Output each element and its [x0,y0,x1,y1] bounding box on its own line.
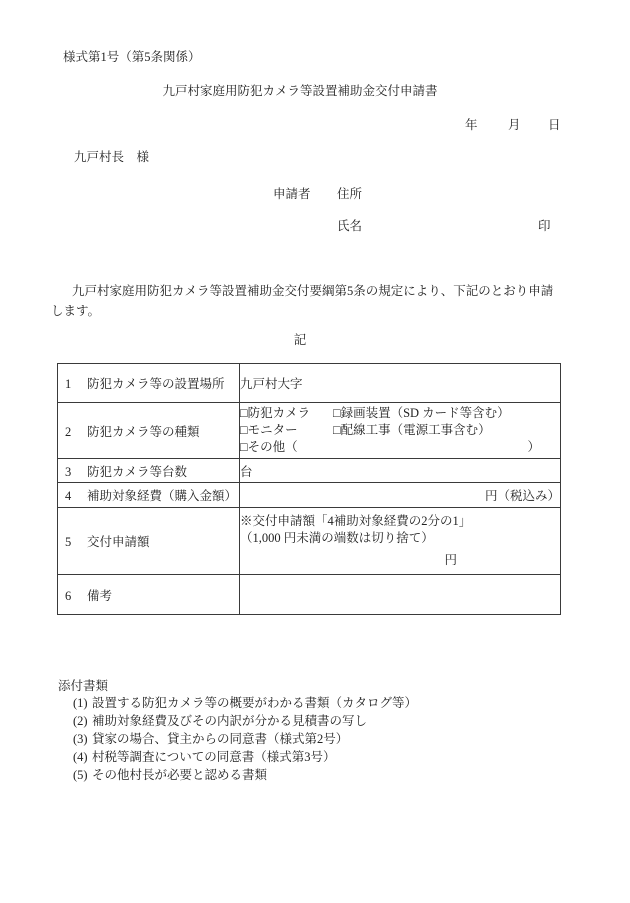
attachment-text: 村税等調査についての同意書（様式第3号） [92,750,336,764]
close-paren: ） [527,439,540,456]
grant-unit-label: 円 [240,552,560,569]
application-table: 1防犯カメラ等の設置場所 九戸村大字 2防犯カメラ等の種類 □防犯カメラ□録画装… [57,363,561,615]
row-label: 防犯カメラ等の種類 [87,425,200,439]
attachment-text: 貸家の場合、貸主からの同意書（様式第2号） [92,732,348,746]
checkbox-option: □モニター [240,422,333,439]
attachment-number: (3) [73,730,92,748]
remarks-value [240,575,561,615]
grant-note-line2: （1,000 円未満の端数は切り捨て） [240,530,560,547]
row-number: 4 [58,489,87,504]
seal-label: 印 [538,216,551,234]
row-number: 5 [58,535,87,550]
attachment-text: 設置する防犯カメラ等の概要がわかる書類（カタログ等） [92,696,417,710]
row-number: 1 [58,377,87,392]
table-row-location: 1防犯カメラ等の設置場所 九戸村大字 [58,364,561,403]
row-label: 補助対象経費（購入金額） [87,489,237,503]
table-row-count: 3防犯カメラ等台数 台 [58,459,561,483]
applicant-address-label: 住所 [337,184,362,202]
grant-note-line1: ※交付申請額「4補助対象経費の2分の1」 [240,513,560,530]
attachment-item: (1)設置する防犯カメラ等の概要がわかる書類（カタログ等） [73,694,417,712]
row-label: 備考 [87,589,112,603]
attachment-item: (4)村税等調査についての同意書（様式第3号） [73,748,417,766]
attachment-item: (3)貸家の場合、貸主からの同意書（様式第2号） [73,730,417,748]
attachment-item: (5)その他村長が必要と認める書類 [73,766,417,784]
attachment-text: 補助対象経費及びその内訳が分かる見積書の写し [92,714,367,728]
form-number: 様式第1号（第5条関係） [63,47,201,65]
date-day-label: 日 [548,115,561,133]
checkbox-option-line: □防犯カメラ□録画装置（SD カード等含む） [240,405,560,422]
row-number: 3 [58,465,87,480]
checkbox-icon: □ [240,440,248,454]
row-number: 2 [58,425,87,440]
document-title: 九戸村家庭用防犯カメラ等設置補助金交付申請書 [0,81,600,99]
attachments-heading: 添付書類 [58,676,108,694]
attachment-number: (4) [73,748,92,766]
checkbox-option: □防犯カメラ [240,405,333,422]
checkbox-icon: □ [333,423,341,437]
location-value: 九戸村大字 [240,364,561,403]
record-heading: 記 [0,330,600,348]
attachment-number: (2) [73,712,92,730]
checkbox-option-line: □その他（） [240,439,560,456]
attachment-number: (1) [73,694,92,712]
table-row-remarks: 6備考 [58,575,561,615]
checkbox-option: □その他（ [240,439,298,456]
checkbox-option-line: □モニター□配線工事（電源工事含む） [240,422,560,439]
checkbox-label: 配線工事（電源工事含む） [341,423,491,437]
body-line: 九戸村家庭用防犯カメラ等設置補助金交付要綱第5条の規定により、下記のとおり申請 [72,281,553,299]
row-label: 防犯カメラ等の設置場所 [87,377,225,391]
body-line: します。 [51,301,100,319]
row-label: 防犯カメラ等台数 [87,465,187,479]
table-row-grant-amount: 5交付申請額 ※交付申請額「4補助対象経費の2分の1」 （1,000 円未満の端… [58,508,561,575]
checkbox-icon: □ [240,406,248,420]
row-number: 6 [58,589,87,604]
applicant-name-label: 氏名 [337,216,362,234]
checkbox-option: □配線工事（電源工事含む） [333,423,491,437]
checkbox-icon: □ [333,406,341,420]
checkbox-label: その他（ [248,440,298,454]
checkbox-option: □録画装置（SD カード等含む） [333,406,510,420]
count-unit-label: 台 [240,459,561,483]
date-year-label: 年 [465,115,478,133]
date-month-label: 月 [508,115,521,133]
table-row-expense: 4補助対象経費（購入金額） 円（税込み） [58,483,561,508]
document-page: { "colors": {"text": "#222222", "border"… [0,0,630,903]
addressee: 九戸村長 様 [74,147,149,165]
attachments-list: (1)設置する防犯カメラ等の概要がわかる書類（カタログ等） (2)補助対象経費及… [73,694,417,784]
checkbox-label: 防犯カメラ [248,406,311,420]
checkbox-label: 録画装置（SD カード等含む） [341,406,510,420]
attachment-item: (2)補助対象経費及びその内訳が分かる見積書の写し [73,712,417,730]
expense-unit-label: 円（税込み） [240,483,561,508]
attachment-number: (5) [73,766,92,784]
attachment-text: その他村長が必要と認める書類 [92,768,267,782]
table-row-type: 2防犯カメラ等の種類 □防犯カメラ□録画装置（SD カード等含む） □モニター□… [58,403,561,459]
checkbox-label: モニター [248,423,298,437]
row-label: 交付申請額 [87,535,150,549]
applicant-role-label: 申請者 [273,184,311,202]
type-options-cell: □防犯カメラ□録画装置（SD カード等含む） □モニター□配線工事（電源工事含む… [240,403,561,459]
checkbox-icon: □ [240,423,248,437]
